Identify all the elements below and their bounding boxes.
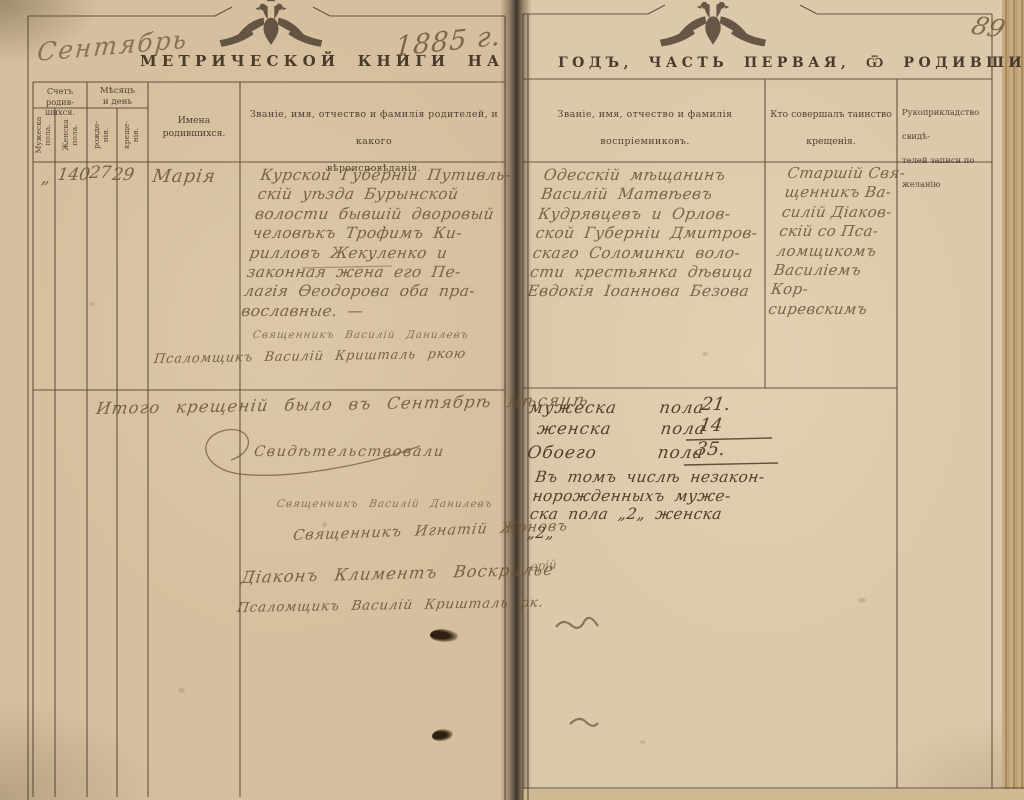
right-page-title: ГОДЪ, ЧАСТЬ ПЕРВАЯ, Ѿ РОДИВШИХСЯ. <box>558 55 1024 72</box>
header-day-baptism: креще- нія. <box>122 109 142 161</box>
summary-margin-note: ерій <box>530 557 557 574</box>
entry-female-count: 140 <box>56 165 91 185</box>
summary-female-label: женска пола <box>536 419 707 438</box>
entry-godparents-text: Одесскій мѣщанинъ Василій Матвѣевъ Кудря… <box>526 166 783 302</box>
metrical-book-scan: Сентябрь МЕТРИЧЕСКОЙ КНИГИ НА 1885 г. Сч… <box>0 0 1024 800</box>
summary-male-label: мужеска пола <box>528 398 706 417</box>
entry-baptism-day: 29 <box>111 165 135 185</box>
summary-illegitimate-note: Въ томъ числѣ незакон- норожденныхъ муже… <box>526 468 776 542</box>
entry-child-name: Марія <box>151 166 217 187</box>
entry-witness-priest: Священникъ Василій Данилевъ <box>252 329 470 341</box>
header-day-birth: рожде- нія. <box>92 109 112 161</box>
header-count-female: Женска пола. <box>61 109 81 161</box>
summary-female-count: 14 <box>698 415 724 436</box>
summary-signature-priest-small: Священникъ Василій Данилевъ <box>276 498 494 510</box>
header-names: Имена родившихся. <box>148 114 240 140</box>
entry-birth-day: 27 <box>88 163 112 183</box>
header-attestation: Рукоприкладство свидѣ- телей записи по ж… <box>902 100 992 196</box>
summary-witnessed-label: Свидѣтельствовали <box>253 444 446 460</box>
entry-parents-text: Курской Губерніи Путивль- скій уѣзда Бур… <box>240 166 534 321</box>
header-count-male: Мужеска пола. <box>34 109 54 161</box>
synodal-stamp-icon <box>653 0 773 55</box>
header-day-group: Мѣсяцъ и день <box>87 86 148 107</box>
synodal-stamp-icon <box>212 0 330 55</box>
header-godparents: Званіе, имя, отчество и фамилія воспріем… <box>535 101 755 155</box>
summary-total-count: 35. <box>694 439 726 460</box>
summary-male-count: 21. <box>700 394 732 415</box>
summary-total-label: Обоего пола <box>526 443 705 463</box>
entry-officiant-text: Старшій Свя- щенникъ Ва- силій Діаков- с… <box>767 164 917 319</box>
header-officiant: Кто совершалъ таинство крещенія. <box>769 101 893 155</box>
